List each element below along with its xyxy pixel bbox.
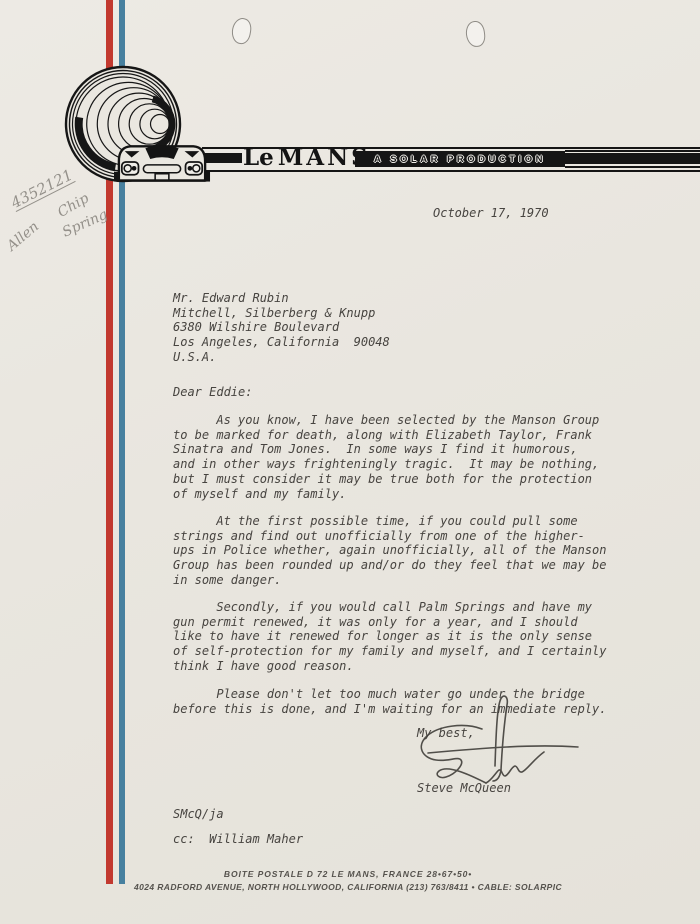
body-paragraph: Secondly, if you would call Palm Springs… bbox=[173, 600, 606, 674]
handwritten-note-word: Allen bbox=[4, 219, 42, 255]
body-paragraph: Please don't let too much water go under… bbox=[173, 687, 606, 716]
cc-line: cc: William Maher bbox=[173, 832, 303, 847]
body-paragraph: At the first possible time, if you could… bbox=[173, 514, 606, 588]
lemans-wordmark: LeMANS bbox=[243, 145, 371, 171]
body-paragraph: As you know, I have been selected by the… bbox=[173, 413, 599, 501]
footer-address-france: BOITE POSTALE D 72 LE MANS, FRANCE 28•67… bbox=[0, 869, 696, 879]
band-right-line bbox=[565, 150, 700, 152]
letter-date: October 17, 1970 bbox=[433, 206, 549, 221]
letter-page: LeMANS A SOLAR PRODUCTION bbox=[0, 0, 700, 924]
punch-hole bbox=[230, 17, 253, 46]
lemans-le: Le bbox=[243, 144, 274, 171]
typist-initials: SMcQ/ja bbox=[173, 807, 224, 822]
footer-address-california: 4024 RADFORD AVENUE, NORTH HOLLYWOOD, CA… bbox=[0, 882, 696, 892]
race-car-icon bbox=[113, 135, 211, 185]
closing: My best, bbox=[417, 726, 475, 741]
punch-hole bbox=[464, 20, 486, 48]
solar-production-label: A SOLAR PRODUCTION bbox=[374, 154, 546, 165]
band-right-line bbox=[565, 166, 700, 168]
typed-signature-name: Steve McQueen bbox=[417, 781, 511, 796]
band-right-bar bbox=[565, 153, 700, 164]
solar-production-banner: A SOLAR PRODUCTION bbox=[355, 151, 565, 167]
recipient-address: Mr. Edward Rubin Mitchell, Silberberg & … bbox=[173, 291, 390, 365]
salutation: Dear Eddie: bbox=[173, 385, 252, 400]
